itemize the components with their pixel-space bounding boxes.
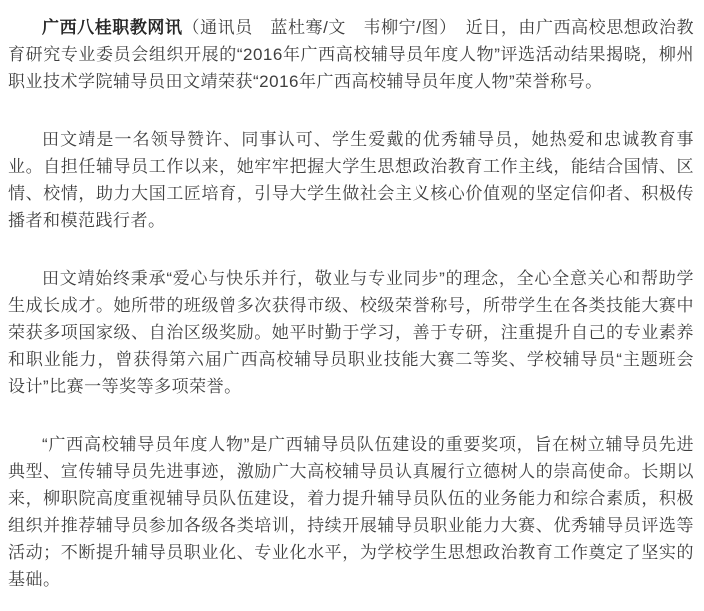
paragraph-text: 田文靖始终秉承“爱心与快乐并行，敬业与专业同步”的理念，全心全意关心和帮助学生成… — [8, 269, 694, 396]
paragraph-text: 田文靖是一名领导赞许、同事认可、学生爱戴的优秀辅导员，她热爱和忠诚教育事业。自担… — [8, 130, 694, 230]
article-body: 广西八桂职教网讯（通讯员 蓝杜骞/文 韦柳宁/图） 近日，由广西高校思想政治教育… — [0, 0, 704, 593]
article-paragraph: “广西高校辅导员年度人物”是广西辅导员队伍建设的重要奖项，旨在树立辅导员先进典型… — [8, 431, 694, 593]
article-paragraph: 田文靖是一名领导赞许、同事认可、学生爱戴的优秀辅导员，她热爱和忠诚教育事业。自担… — [8, 126, 694, 234]
article-paragraph: 广西八桂职教网讯（通讯员 蓝杜骞/文 韦柳宁/图） 近日，由广西高校思想政治教育… — [8, 14, 694, 95]
article-paragraph: 田文靖始终秉承“爱心与快乐并行，敬业与专业同步”的理念，全心全意关心和帮助学生成… — [8, 265, 694, 400]
article-source-lead: 广西八桂职教网讯 — [42, 18, 183, 37]
paragraph-text: “广西高校辅导员年度人物”是广西辅导员队伍建设的重要奖项，旨在树立辅导员先进典型… — [8, 435, 694, 589]
